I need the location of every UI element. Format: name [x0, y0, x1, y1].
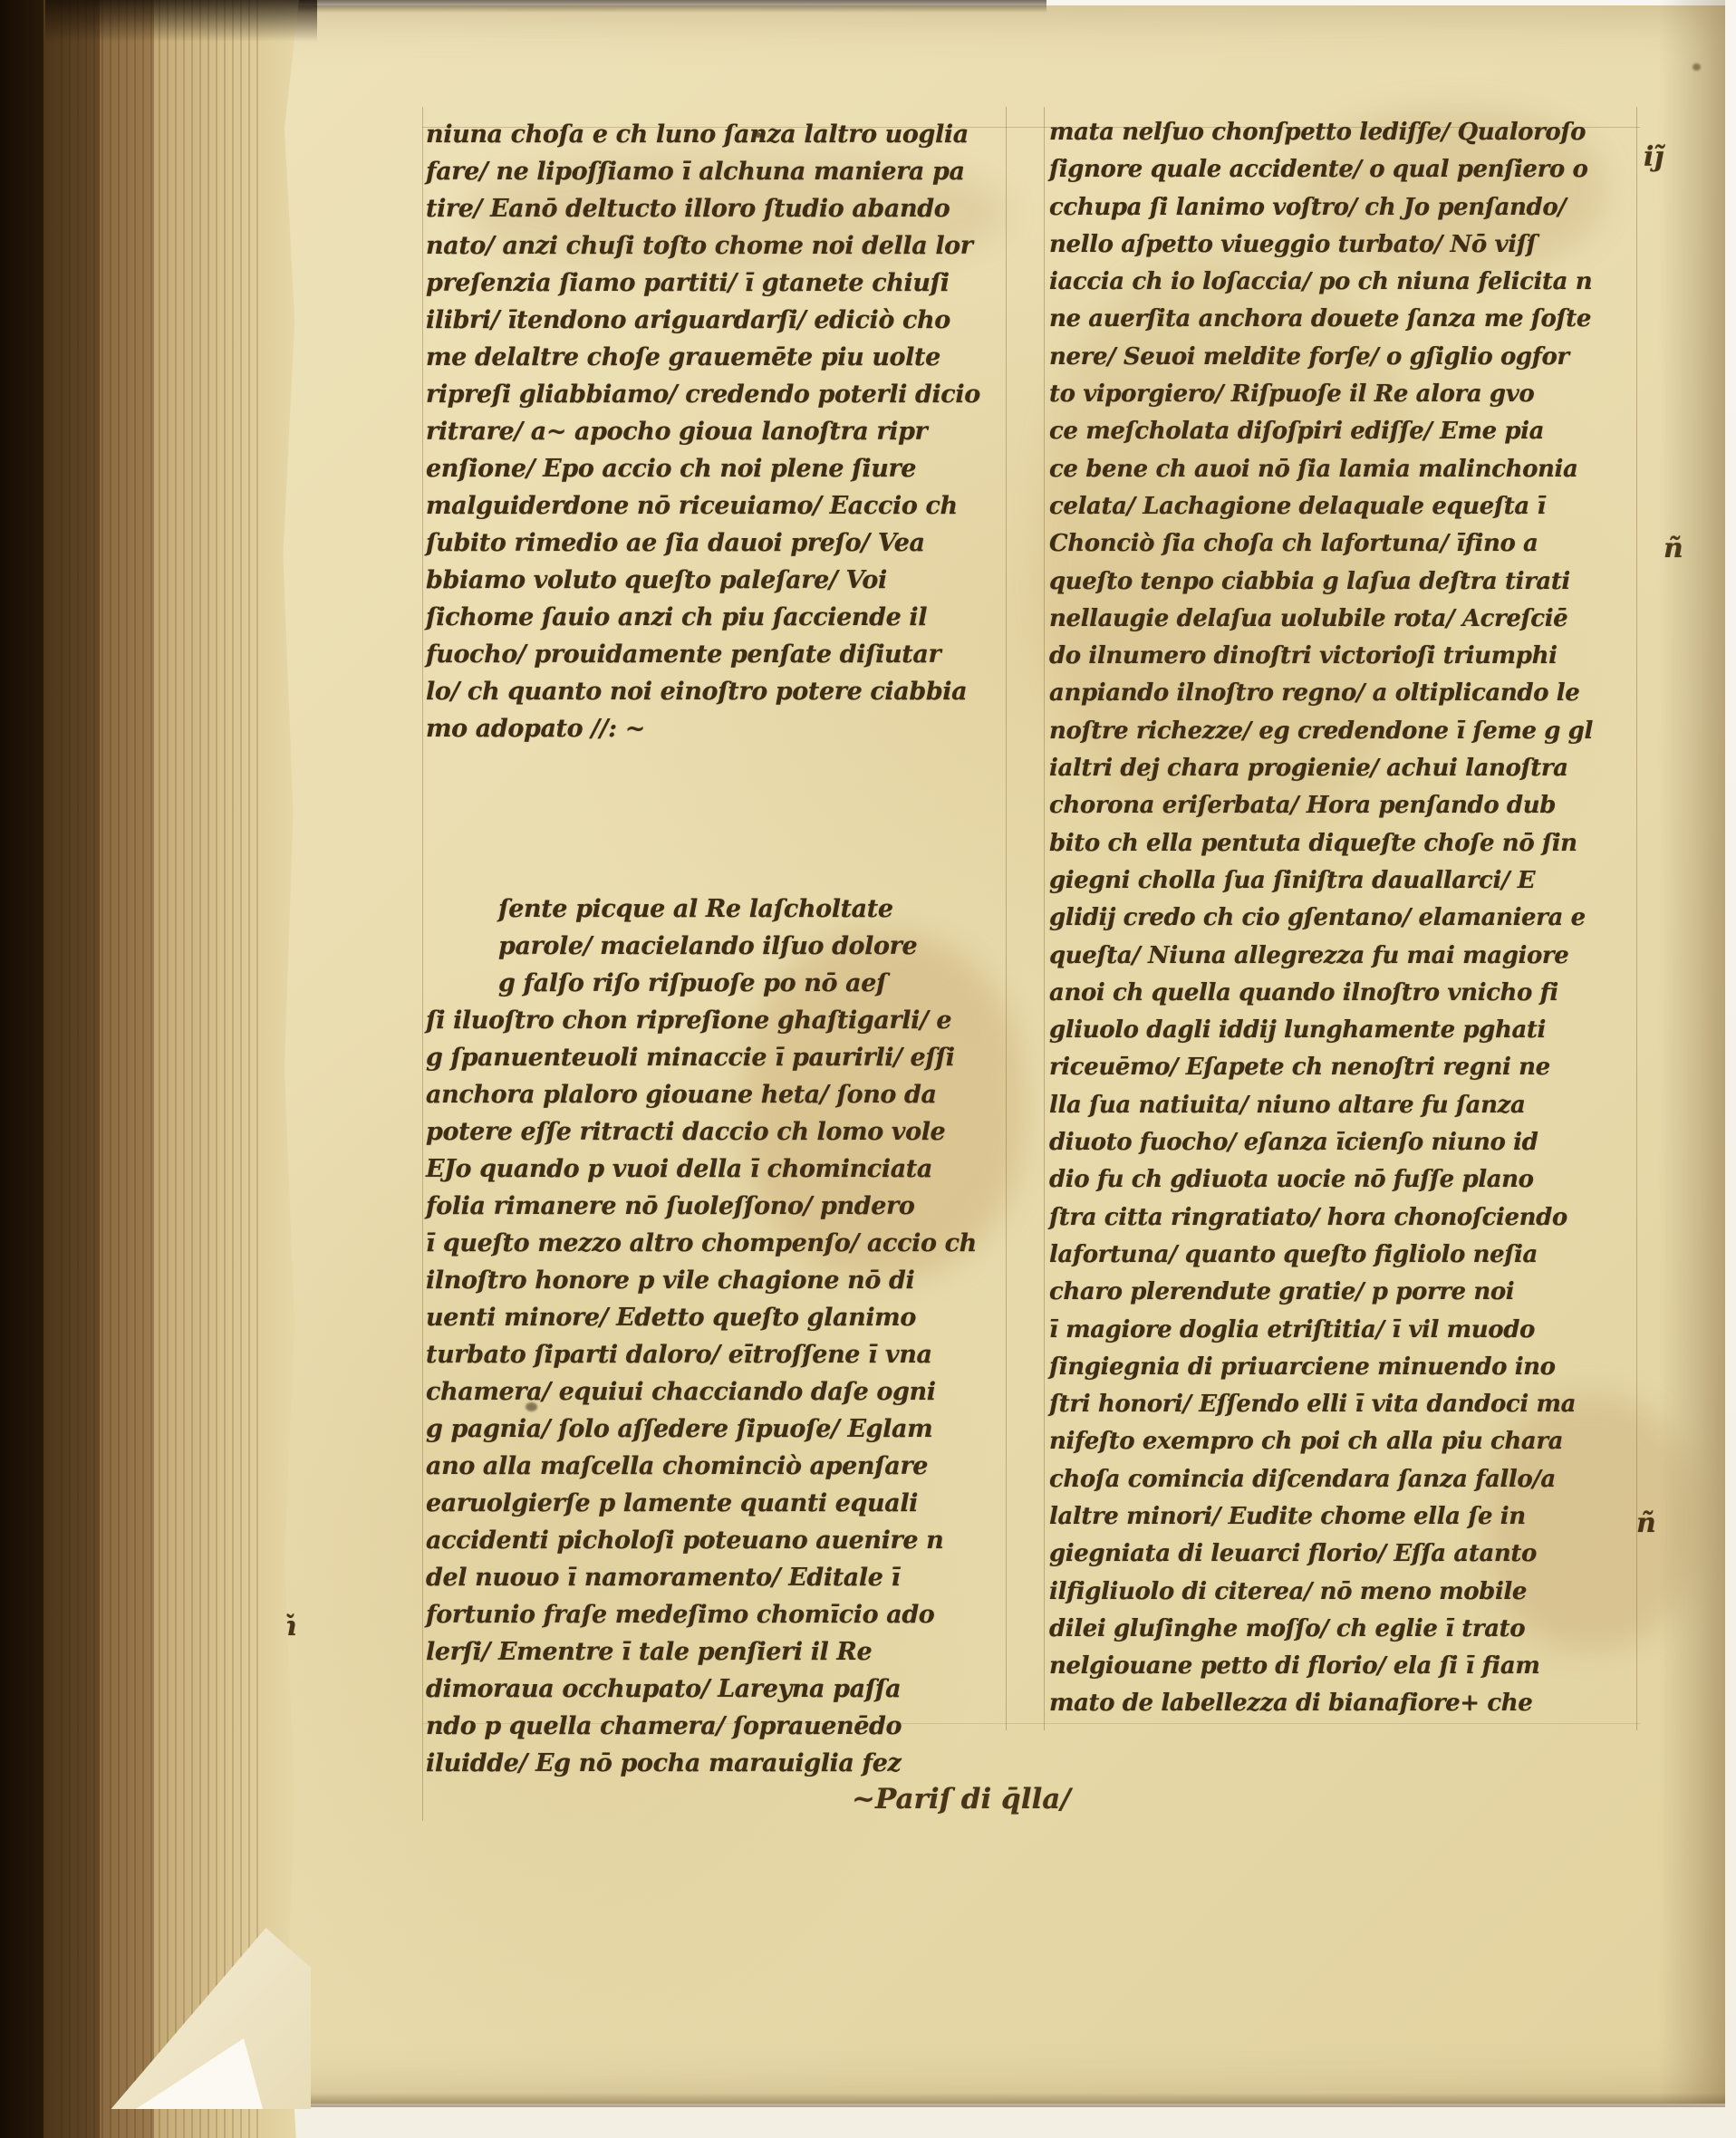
text-line: ſi iluoſtro chon ripreſione ghaſtigarli/…	[426, 1002, 1013, 1039]
text-line: g pagnia/ ſolo aſſedere ſipuoſe/ Eglam	[426, 1411, 1013, 1448]
text-line: ſichome ſauio anzi ch piu ſacciende il	[426, 599, 1013, 636]
text-line: potere eſſe ritracti daccio ch lomo vole	[426, 1113, 1013, 1151]
text-line: fare/ ne lipoſſiamo ī alchuna maniera pa	[426, 153, 1013, 190]
text-line: me delaltre choſe grauemēte piu uolte	[426, 339, 1013, 376]
text-line: ſtra citta ringratiato/ hora chonoſciend…	[1049, 1199, 1647, 1237]
page-edge-shadow	[1658, 0, 1725, 2104]
text-line: mato de labellezza di bianafiore+ che	[1049, 1685, 1647, 1722]
leaf-edge-ridges	[54, 0, 263, 2138]
text-line: dio fu ch gdiuota uocie nō fuſſe plano	[1049, 1161, 1647, 1199]
text-line: ī queſto mezzo altro chompenſo/ accio ch	[426, 1225, 1013, 1262]
text-line: anpiando ilnoſtro regno/ a oltiplicando …	[1049, 675, 1647, 712]
text-line: nifeſto exempro ch poi ch alla piu chara	[1049, 1423, 1647, 1460]
text-line: nelgiouane petto di florio/ ela ſi ī fia…	[1049, 1648, 1647, 1685]
text-line: del nuouo ī namoramento/ Editale ī	[426, 1559, 1013, 1596]
text-line: cchupa ſi lanimo voſtro/ ch Jo penſando/	[1049, 189, 1647, 226]
text-line: queſta/ Niuna allegrezza fu mai magiore	[1049, 938, 1647, 975]
text-line: celata/ Lachagione delaquale equeſta ī	[1049, 488, 1647, 525]
ruling-line-vertical	[422, 107, 423, 1821]
text-line: ſubito rimedio ae ſia dauoi preſo/ Vea	[426, 525, 1013, 562]
text-column-left: niuna choſa e ch luno ſanza laltro uogli…	[426, 116, 1013, 1782]
text-line: giegni cholla ſua ſiniſtra dauallarci/ E	[1049, 862, 1647, 900]
paragraph: ſi iluoſtro chon ripreſione ghaſtigarli/…	[426, 1002, 1013, 1782]
text-line: fortunio fraſe medeſimo chomīcio ado	[426, 1596, 1013, 1633]
text-line: ritrare/ a~ apocho gioua lanoſtra ripr	[426, 413, 1013, 450]
text-line: lerſi/ Ementre ī tale penſieri il Re	[426, 1633, 1013, 1671]
binding-top-shadow	[45, 0, 317, 42]
text-line: parole/ macielando ilſuo dolore	[426, 928, 1013, 965]
text-line: nato/ anzi chuſi toſto chome noi della l…	[426, 227, 1013, 265]
text-line: queſto tenpo ciabbia g laſua deſtra tira…	[1049, 563, 1647, 601]
text-line: ſente picque al Re laſcholtate	[426, 891, 1013, 928]
text-line: earuolgierſe p lamente quanti equali	[426, 1485, 1013, 1522]
text-line: ano alla maſcella chominciò apenſare	[426, 1448, 1013, 1485]
text-line: mo adopato //: ~	[426, 710, 1013, 747]
text-line: nello aſpetto viueggio turbato/ Nō viſſ	[1049, 226, 1647, 264]
text-line: to viporgiero/ Riſpuoſe il Re alora gvo	[1049, 376, 1647, 413]
text-line: ſtri honori/ Eſſendo elli ī vita dandoci…	[1049, 1386, 1647, 1423]
text-line: nellaugie delaſua uolubile rota/ Acreſci…	[1049, 601, 1647, 638]
text-line: ne auerſita anchora douete ſanza me ſoſt…	[1049, 301, 1647, 338]
text-line: laltre minori/ Eudite chome ella ſe in	[1049, 1498, 1647, 1536]
text-line: EJo quando p vuoi della ī chominciata	[426, 1151, 1013, 1188]
paragraph: mata nelſuo chonſpetto lediſſe/ Qualoroſ…	[1049, 114, 1647, 1723]
text-line: anoi ch quella quando ilnoſtro vnicho fi	[1049, 975, 1647, 1012]
text-line: chorona eriſerbata/ Hora penſando dub	[1049, 787, 1647, 824]
text-line: lo/ ch quanto noi einoſtro potere ciabbi…	[426, 673, 1013, 710]
text-line: fuocho/ prouidamente penſate diſiutar	[426, 636, 1013, 673]
text-line: ndo p quella chamera/ ſoprauenēdo	[426, 1708, 1013, 1745]
text-line: noſtre richezze/ eg credendone ī ſeme g …	[1049, 713, 1647, 750]
text-line: ripreſi gliabbiamo/ credendo poterli dic…	[426, 376, 1013, 413]
text-line: dilei gluſinghe moſſo/ ch eglie ī trato	[1049, 1611, 1647, 1648]
text-line: gliuolo dagli iddij lunghamente pghati	[1049, 1012, 1647, 1049]
text-line: g falſo riſo riſpuoſe po nō aeſ	[426, 965, 1013, 1002]
ruling-line-vertical	[1044, 107, 1045, 1730]
text-line: uenti minore/ Edetto queſto glanimo	[426, 1299, 1013, 1336]
manuscript-scan: niuna choſa e ch luno ſanza laltro uogli…	[0, 0, 1736, 2138]
book-binding	[0, 0, 313, 2138]
text-line: giegniata di leuarci florio/ Eſſa atanto	[1049, 1536, 1647, 1573]
catchword: ~Pariſ di q̄lla/	[852, 1783, 1071, 1815]
text-line: folia rimanere nō ſuoleſſono/ pndero	[426, 1188, 1013, 1225]
text-line: ialtri dej chara progienie/ achui lanoſt…	[1049, 750, 1647, 787]
text-line: glidij credo ch cio gſentano/ elamaniera…	[1049, 900, 1647, 937]
text-line: ce meſcholata diſoſpiri ediſſe/ Eme pia	[1049, 413, 1647, 450]
text-line: bito ch ella pentuta diqueſte choſe nō ſ…	[1049, 825, 1647, 862]
text-line: ilibri/ ītendono ariguardarſi/ ediciò ch…	[426, 302, 1013, 339]
margin-mark-right-lower: ñ	[1636, 1507, 1656, 1539]
text-line: choſa comincia diſcendara ſanza fallo/a	[1049, 1461, 1647, 1498]
text-line: charo plerendute gratie/ p porre noi	[1049, 1274, 1647, 1311]
text-line: ī magiore doglia etriſtitia/ ī vil muodo	[1049, 1312, 1647, 1349]
paragraph-indented-opening: ſente picque al Re laſcholtateparole/ ma…	[426, 891, 1013, 1002]
text-line: mata nelſuo chonſpetto lediſſe/ Qualoroſ…	[1049, 114, 1647, 151]
text-line: anchora plaloro giouane heta/ ſono da	[426, 1076, 1013, 1113]
text-line: bbiamo voluto queſto paleſare/ Voi	[426, 562, 1013, 599]
text-line: iaccia ch io loſaccia/ po ch niuna felic…	[1049, 264, 1647, 301]
text-line: riceuēmo/ Eſapete ch nenoſtri regni ne	[1049, 1049, 1647, 1086]
text-line: preſenzia ſiamo partiti/ ī gtanete chiuſ…	[426, 265, 1013, 302]
text-line: iluidde/ Eg nō pocha marauiglia fez	[426, 1745, 1013, 1782]
text-line: accidenti picholoſi poteuano auenire n	[426, 1522, 1013, 1559]
text-line: tire/ Eanō deltucto illoro ſtudio abando	[426, 190, 1013, 227]
text-line: do ilnumero dinoſtri victorioſi triumphi	[1049, 638, 1647, 675]
text-column-right: mata nelſuo chonſpetto lediſſe/ Qualoroſ…	[1049, 114, 1647, 1723]
paragraph: niuna choſa e ch luno ſanza laltro uogli…	[426, 116, 1013, 747]
text-line: Chonciò ſia choſa ch lafortuna/ īfino a	[1049, 525, 1647, 563]
text-line: chamera/ equiui chacciando daſe ogni	[426, 1373, 1013, 1411]
text-line: niuna choſa e ch luno ſanza laltro uogli…	[426, 116, 1013, 153]
text-line: g ſpanuenteuoli minaccie ī paurirli/ eſſ…	[426, 1039, 1013, 1076]
text-line: malguiderdone nō riceuiamo/ Eaccio ch	[426, 487, 1013, 525]
text-line: nere/ Seuoi meldite forſe/ o gſiglio ogf…	[1049, 339, 1647, 376]
text-line: ilfigliuolo di citerea/ nō meno mobile	[1049, 1574, 1647, 1611]
text-line: ſignore quale accidente/ o qual penſiero…	[1049, 151, 1647, 188]
text-line: lla ſua natiuita/ niuno altare fu ſanza	[1049, 1087, 1647, 1124]
text-line: dimoraua occhupato/ Lareyna paſſa	[426, 1671, 1013, 1708]
text-line: lafortuna/ quanto queſto figliolo neſia	[1049, 1237, 1647, 1274]
text-line: ſingiegnia di priuarciene minuendo ino	[1049, 1349, 1647, 1386]
text-line: turbato ſiparti daloro/ eītroſſene ī vna	[426, 1336, 1013, 1373]
text-line: enſione/ Epo accio ch noi plene ſiure	[426, 450, 1013, 487]
text-line: ce bene ch auoi nō ſia lamia malinchonia	[1049, 451, 1647, 488]
text-line: ilnoſtro honore p vile chagione nō di	[426, 1262, 1013, 1299]
text-line: diuoto fuocho/ eſanza īcienſo niuno id	[1049, 1124, 1647, 1161]
